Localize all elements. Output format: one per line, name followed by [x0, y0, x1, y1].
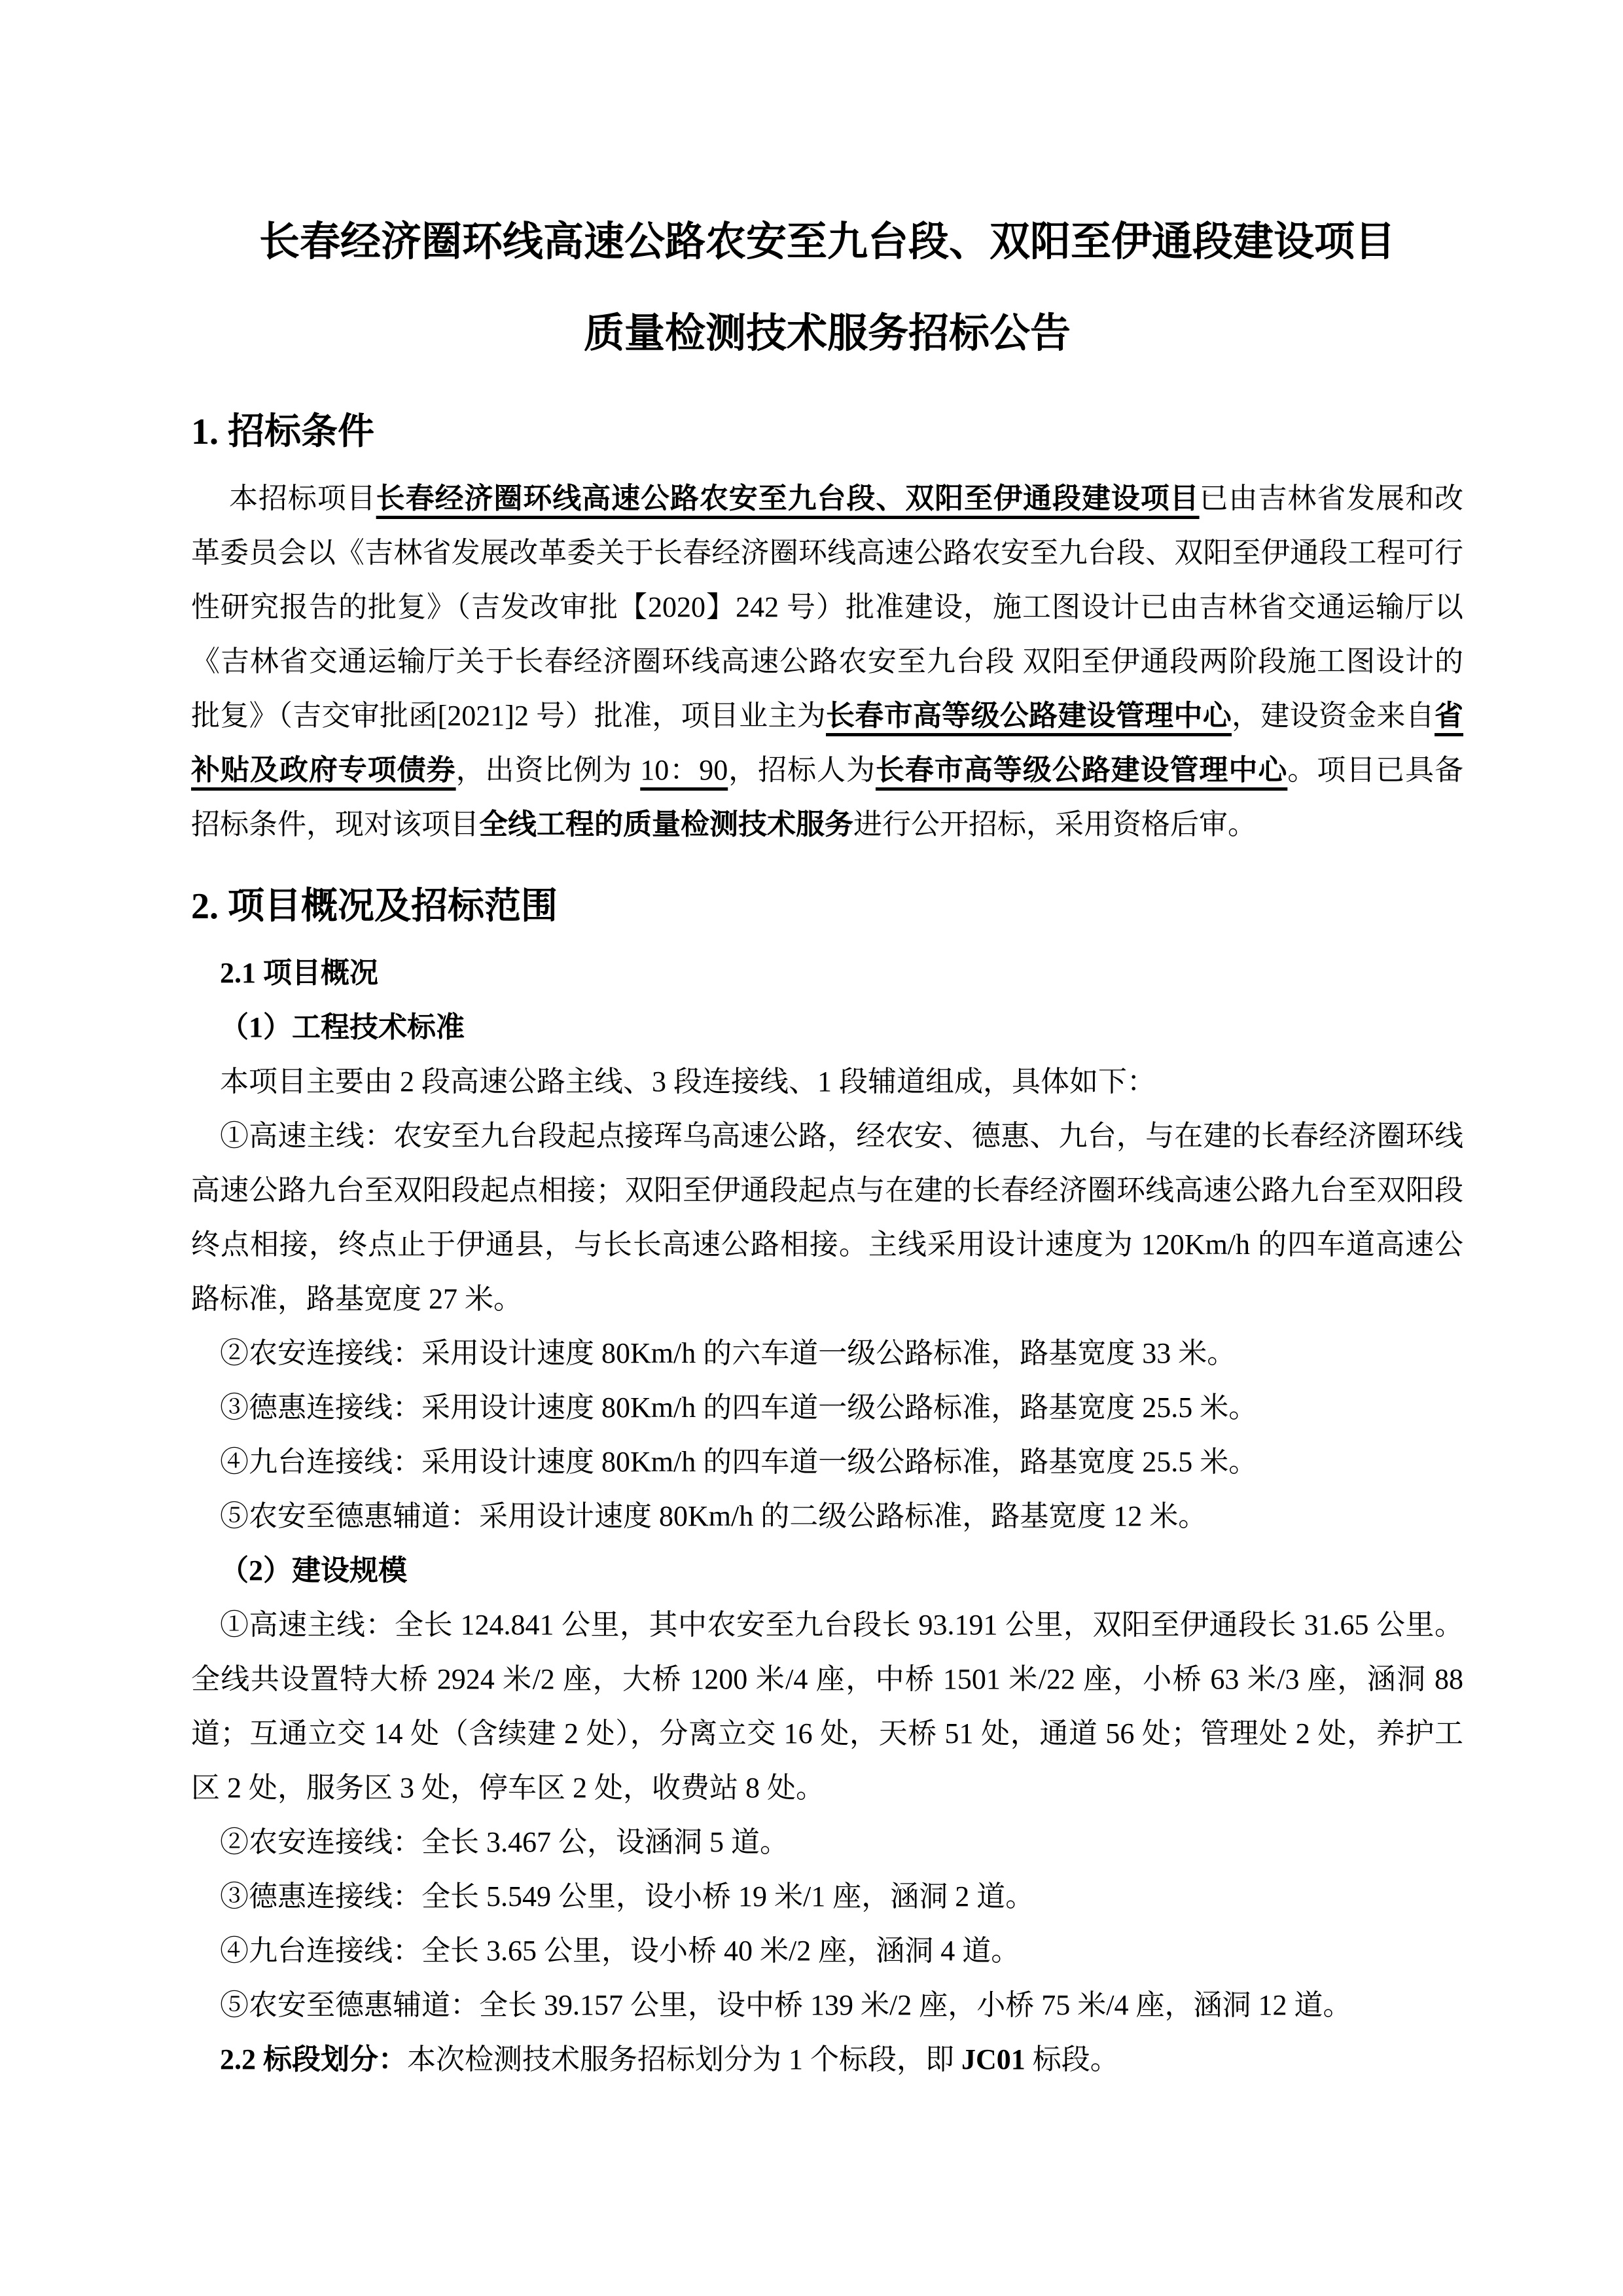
tech-standard-heading: （1）工程技术标准 [191, 1000, 1463, 1054]
document-page: 长春经济圈环线高速公路农安至九台段、双阳至伊通段建设项目 质量检测技术服务招标公… [0, 0, 1623, 2296]
text-run: 长春市高等级公路建设管理中心 [876, 754, 1287, 786]
subsection-2-1-heading: 2.1 项目概况 [191, 946, 1463, 1000]
scale-item-4: ④九台连接线：全长 3.65 公里，设小桥 40 米/2 座，涵洞 4 道。 [191, 1924, 1463, 1978]
tech-item-3: ③德惠连接线：采用设计速度 80Km/h 的四车道一级公路标准，路基宽度 25.… [191, 1380, 1463, 1435]
scale-item-1: ①高速主线：全长 124.841 公里，其中农安至九台段长 93.191 公里，… [191, 1598, 1463, 1815]
tech-item-5: ⑤农安至德惠辅道：采用设计速度 80Km/h 的二级公路标准，路基宽度 12 米… [191, 1489, 1463, 1543]
tech-item-4: ④九台连接线：采用设计速度 80Km/h 的四车道一级公路标准，路基宽度 25.… [191, 1435, 1463, 1489]
scale-item-2: ②农安连接线：全长 3.467 公，设涵洞 5 道。 [191, 1815, 1463, 1869]
text-run: 长春经济圈环线高速公路农安至九台段、双阳至伊通段建设项目 [376, 482, 1200, 514]
text-run: 2.2 标段划分： [220, 2043, 407, 2075]
document-title-line-1: 长春经济圈环线高速公路农安至九台段、双阳至伊通段建设项目 [191, 196, 1463, 288]
tech-item-2: ②农安连接线：采用设计速度 80Km/h 的六车道一级公路标准，路基宽度 33 … [191, 1326, 1463, 1380]
section-1-heading: 1. 招标条件 [191, 393, 1463, 471]
text-run: 进行公开招标，采用资格后审。 [853, 808, 1257, 840]
text-run: ，招标人为 [728, 754, 876, 786]
subsection-2-2-paragraph: 2.2 标段划分：本次检测技术服务招标划分为 1 个标段，即 JC01 标段。 [191, 2032, 1463, 2087]
section-2-body: 2.1 项目概况 （1）工程技术标准 本项目主要由 2 段高速公路主线、3 段连… [191, 946, 1463, 2087]
document-title-line-2: 质量检测技术服务招标公告 [191, 288, 1463, 380]
scale-heading: （2）建设规模 [191, 1543, 1463, 1598]
text-run: 本招标项目 [229, 482, 376, 514]
text-run: 标段。 [1026, 2043, 1119, 2075]
scale-item-5: ⑤农安至德惠辅道：全长 39.157 公里，设中桥 139 米/2 座，小桥 7… [191, 1978, 1463, 2032]
document-title: 长春经济圈环线高速公路农安至九台段、双阳至伊通段建设项目 质量检测技术服务招标公… [191, 196, 1463, 380]
text-run: ，出资比例为 [456, 754, 641, 786]
scale-item-3: ③德惠连接线：全长 5.549 公里，设小桥 19 米/1 座，涵洞 2 道。 [191, 1869, 1463, 1924]
text-run: 全线工程的质量检测技术服务 [479, 808, 853, 840]
section-2-heading: 2. 项目概况及招标范围 [191, 867, 1463, 946]
tech-item-1: ①高速主线：农安至九台段起点接珲乌高速公路，经农安、德惠、九台，与在建的长春经济… [191, 1109, 1463, 1326]
project-composition-paragraph: 本项目主要由 2 段高速公路主线、3 段连接线、1 段辅道组成，具体如下： [191, 1054, 1463, 1109]
tender-conditions-paragraph: 本招标项目长春经济圈环线高速公路农安至九台段、双阳至伊通段建设项目已由吉林省发展… [191, 471, 1463, 852]
text-run: 10：90 [640, 754, 728, 786]
text-run: ，建设资金来自 [1232, 700, 1435, 732]
text-run: JC01 [961, 2043, 1026, 2075]
text-run: 已由吉林省发展和改革委员会以《吉林省发展改革委关于长春经济圈环线高速公路农安至九… [191, 482, 1463, 732]
text-run: 长春市高等级公路建设管理中心 [826, 700, 1232, 732]
text-run: 本次检测技术服务招标划分为 1 个标段，即 [407, 2043, 961, 2075]
section-1-body: 本招标项目长春经济圈环线高速公路农安至九台段、双阳至伊通段建设项目已由吉林省发展… [191, 471, 1463, 852]
